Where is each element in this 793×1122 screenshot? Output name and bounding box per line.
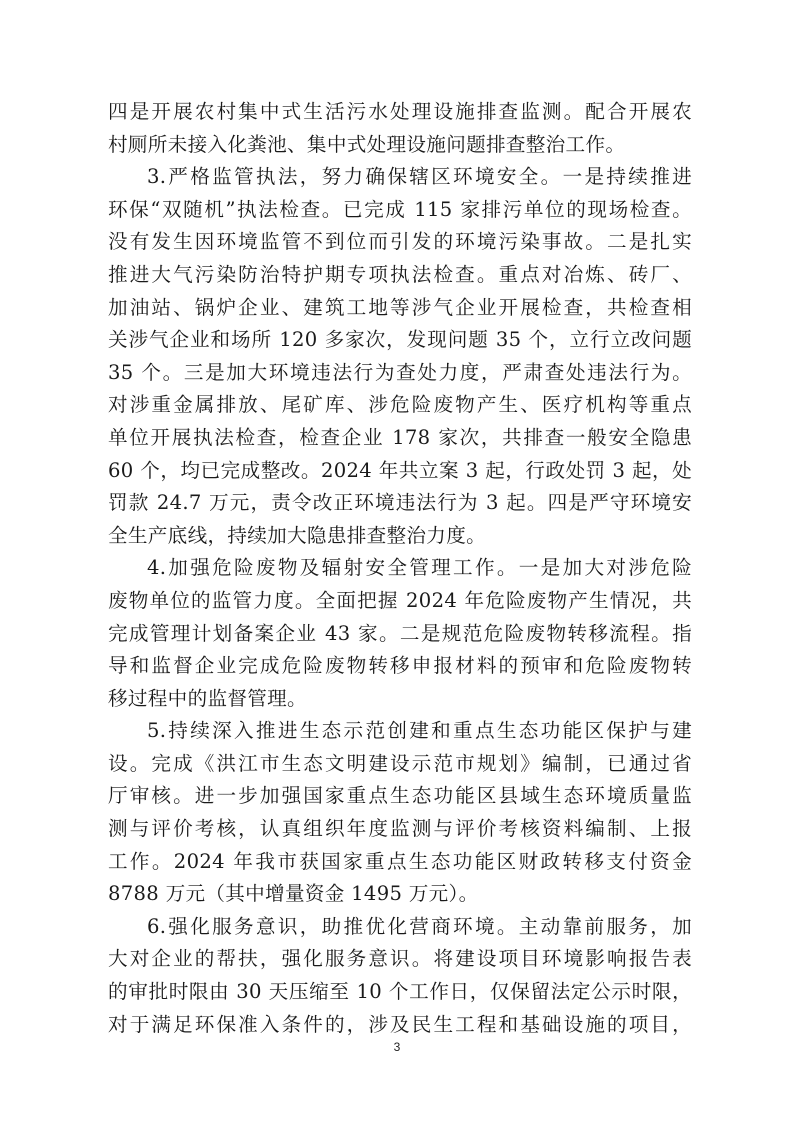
page-number: 3	[390, 1040, 404, 1054]
text-line: 全生产底线，持续加大隐患排查整治力度。	[108, 520, 692, 553]
text-line: 的审批时限由 30 天压缩至 10 个工作日，仅保留法定公示时限，	[108, 976, 692, 1009]
paragraph-first-line: 4.加强危险废物及辐射安全管理工作。一是加大对涉危险	[108, 552, 692, 585]
text-line: 大对企业的帮扶，强化服务意识。将建设项目环境影响报告表	[108, 943, 692, 976]
text-line: 对涉重金属排放、尾矿库、涉危险废物产生、医疗机构等重点	[108, 389, 692, 422]
document-page: 四是开展农村集中式生活污水处理设施排查监测。配合开展农村厕所未接入化粪池、集中式…	[0, 0, 793, 1122]
text-line: 对于满足环保准入条件的，涉及民生工程和基础设施的项目，	[108, 1009, 692, 1042]
text-line: 加油站、锅炉企业、建筑工地等涉气企业开展检查，共检查相	[108, 292, 692, 325]
text-line: 完成管理计划备案企业 43 家。二是规范危险废物转移流程。指	[108, 618, 692, 651]
text-line: 罚款 24.7 万元，责令改正环境违法行为 3 起。四是严守环境安	[108, 487, 692, 520]
text-line: 厅审核。进一步加强国家重点生态功能区县域生态环境质量监	[108, 780, 692, 813]
text-line: 工作。2024 年我市获国家重点生态功能区财政转移支付资金	[108, 846, 692, 879]
text-line: 移过程中的监督管理。	[108, 683, 692, 716]
text-line: 村厕所未接入化粪池、集中式处理设施问题排查整治工作。	[108, 129, 692, 162]
paragraph-first-line: 6.强化服务意识，助推优化营商环境。主动靠前服务，加	[108, 911, 692, 944]
text-line: 环保“双随机”执法检查。已完成 115 家排污单位的现场检查。	[108, 194, 692, 227]
text-line: 单位开展执法检查，检查企业 178 家次，共排查一般安全隐患	[108, 422, 692, 455]
text-line: 测与评价考核，认真组织年度监测与评价考核资料编制、上报	[108, 813, 692, 846]
paragraph-first-line: 5.持续深入推进生态示范创建和重点生态功能区保护与建	[108, 715, 692, 748]
text-line: 设。完成《洪江市生态文明建设示范市规划》编制，已通过省	[108, 748, 692, 781]
text-line: 四是开展农村集中式生活污水处理设施排查监测。配合开展农	[108, 96, 692, 129]
text-line: 35 个。三是加大环境违法行为查处力度，严肃查处违法行为。	[108, 357, 692, 390]
paragraph-first-line: 3.严格监管执法，努力确保辖区环境安全。一是持续推进	[108, 161, 692, 194]
text-line: 关涉气企业和场所 120 多家次，发现问题 35 个，立行立改问题	[108, 324, 692, 357]
text-line: 8788 万元（其中增量资金 1495 万元）。	[108, 878, 692, 911]
text-line: 推进大气污染防治特护期专项执法检查。重点对冶炼、砖厂、	[108, 259, 692, 292]
body-text: 四是开展农村集中式生活污水处理设施排查监测。配合开展农村厕所未接入化粪池、集中式…	[108, 96, 692, 1041]
text-line: 没有发生因环境监管不到位而引发的环境污染事故。二是扎实	[108, 226, 692, 259]
text-line: 60 个，均已完成整改。2024 年共立案 3 起，行政处罚 3 起，处	[108, 455, 692, 488]
text-line: 废物单位的监管力度。全面把握 2024 年危险废物产生情况，共	[108, 585, 692, 618]
text-line: 导和监督企业完成危险废物转移申报材料的预审和危险废物转	[108, 650, 692, 683]
